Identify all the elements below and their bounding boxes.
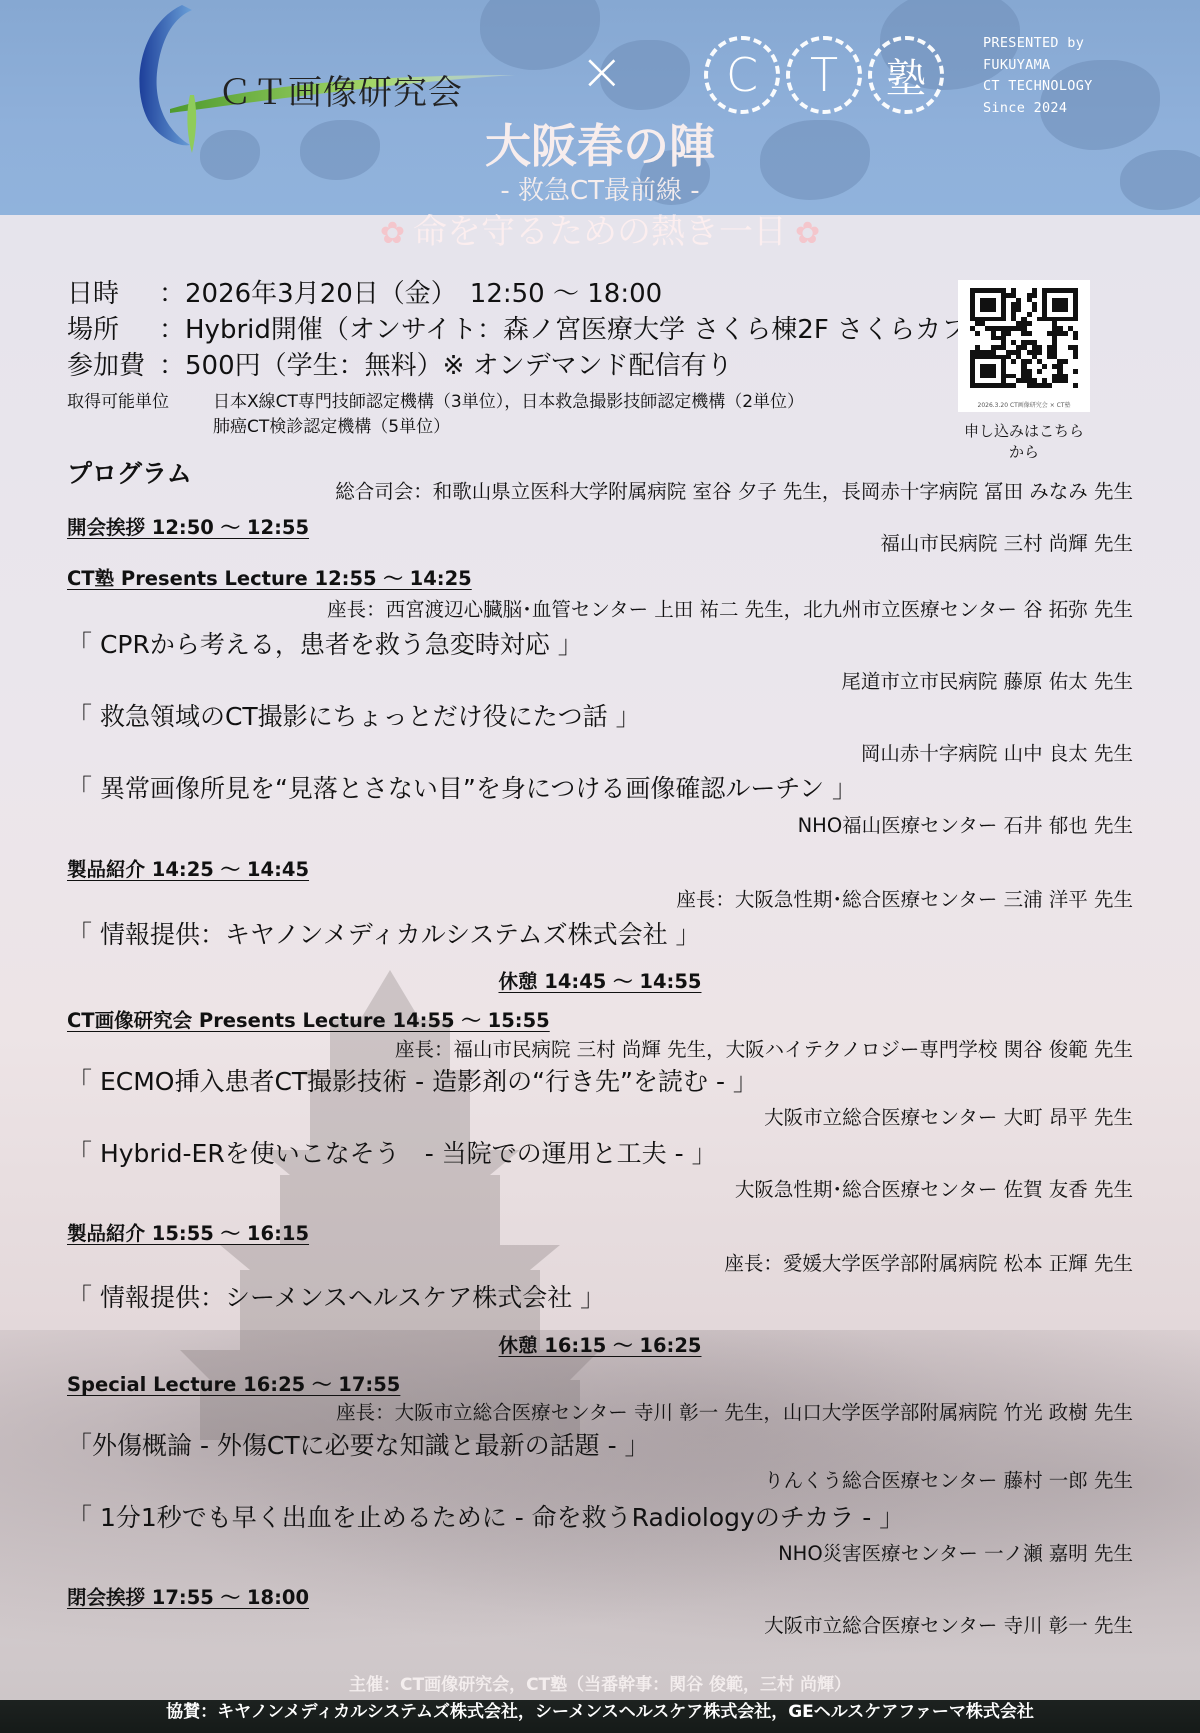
host-organizers: 主催：CT画像研究会，CT塾（当番幹事：関谷 俊範，三村 尚輝） [0, 1670, 1200, 1695]
presented-line: FUKUYAMA [983, 55, 1093, 77]
speaker: NHO災害医療センター 一ノ瀬 嘉明 先生 [67, 1538, 1133, 1566]
speaker: NHO福山医療センター 石井 郁也 先生 [67, 810, 1133, 838]
credits-label: 取得可能単位 [67, 390, 213, 415]
speaker: 大阪市立総合医療センター 寺川 彰一 先生 [67, 1610, 1133, 1638]
collaboration-times-symbol: × [580, 42, 624, 102]
event-title: 大阪春の陣 [0, 110, 1200, 176]
session-heading-break-1: 休憩 14:45 ～ 14:55 [67, 966, 1133, 994]
place-label: 場所 [67, 312, 159, 348]
qr-code-pattern [970, 288, 1078, 388]
talk-title: 「 ECMO挿入患者CT撮影技術 - 造影剤の“行き先”を読む - 」 [67, 1062, 1133, 1098]
registration-qr-code[interactable]: 2026.3.20 CT画像研究会 × CT塾 [958, 280, 1090, 412]
talk-title: 「 1分1秒でも早く出血を止めるために - 命を救うRadiologyのチカラ … [67, 1498, 1133, 1534]
sponsors: 協賛：キヤノンメディカルシステムズ株式会社，シーメンスヘルスケア株式会社，GEヘ… [0, 1697, 1200, 1722]
talk-title: 「 救急領域のCT撮影にちょっとだけ役にたつ話 」 [67, 697, 1133, 733]
session-heading-ctjuku: CT塾 Presents Lecture 12:55 ～ 14:25 [67, 563, 1133, 591]
ct-imaging-society-name: ＣＴ画像研究会 [218, 65, 463, 114]
credits-line: 日本X線CT専門技師認定機構（3単位），日本救急撮影技師認定機構（2単位） [213, 392, 804, 412]
ct-juku-logo-t: T [786, 36, 862, 114]
speaker: 大阪急性期･総合医療センター 佐賀 友香 先生 [67, 1174, 1133, 1202]
presented-line: PRESENTED by [983, 33, 1093, 55]
presented-by-text: PRESENTED by FUKUYAMA CT TECHNOLOGY Sinc… [983, 33, 1093, 119]
session-heading-product-1: 製品紹介 14:25 ～ 14:45 [67, 854, 1133, 882]
chair: 座長：福山市民病院 三村 尚輝 先生，大阪ハイテクノロジー専門学校 関谷 俊範 … [67, 1034, 1133, 1062]
sakura-flower-icon: ✿ [795, 216, 820, 251]
talk-title: 「 CPRから考える，患者を救う急変時対応 」 [67, 625, 1133, 661]
chair: 座長：西宮渡辺心臓脳･血管センター 上田 祐二 先生，北九州市立医療センター 谷… [67, 594, 1133, 622]
place-value: ：Hybrid開催（オンサイト：森ノ宮医療大学 さくら棟2F さくらカフェ） [159, 315, 1018, 345]
sakura-flower-icon: ✿ [380, 216, 405, 251]
chair: 座長：大阪市立総合医療センター 寺川 彰一 先生，山口大学医学部附属病院 竹光 … [67, 1397, 1133, 1425]
tagline-text: 命を守るための熱き一日 [413, 212, 787, 252]
session-heading-product-2: 製品紹介 15:55 ～ 16:15 [67, 1218, 1133, 1246]
fee-label: 参加費 [67, 348, 159, 384]
fee-row: 参加費：500円（学生：無料）※ オンデマンド配信有り [67, 348, 1018, 384]
session-heading-special: Special Lecture 16:25 ～ 17:55 [67, 1369, 1133, 1397]
event-tagline: ✿命を守るための熱き一日✿ [0, 204, 1200, 253]
chair: 座長：愛媛大学医学部附属病院 松本 正輝 先生 [67, 1248, 1133, 1276]
datetime-row: 日時：2026年3月20日（金） 12:50 ～ 18:00 [67, 276, 1018, 312]
ct-juku-logo-juku: 塾 [868, 36, 944, 114]
qr-label: 申し込みはこちらから [958, 420, 1090, 462]
ct-juku-logo: C T 塾 [704, 36, 944, 116]
talk-title: 「 Hybrid-ERを使いこなそう - 当院での運用と工夫 - 」 [67, 1134, 1133, 1170]
qr-caption: 2026.3.20 CT画像研究会 × CT塾 [958, 400, 1090, 409]
session-heading-closing: 閉会挨拶 17:55 ～ 18:00 [67, 1582, 1133, 1610]
talk-title: 「 異常画像所見を“見落とさない目”を身につける画像確認ルーチン 」 [67, 769, 1133, 805]
presented-line: CT TECHNOLOGY [983, 76, 1093, 98]
speaker: 大阪市立総合医療センター 大町 昂平 先生 [67, 1102, 1133, 1130]
chair: 座長：大阪急性期･総合医療センター 三浦 洋平 先生 [67, 884, 1133, 912]
talk-title: 「 情報提供：シーメンスヘルスケア株式会社 」 [67, 1278, 1133, 1314]
event-info: 日時：2026年3月20日（金） 12:50 ～ 18:00 場所：Hybrid… [67, 276, 1018, 384]
mc-text: 総合司会：和歌山県立医科大学附属病院 室谷 夕子 先生，長岡赤十字病院 冨田 み… [67, 476, 1133, 504]
credits-line: 肺癌CT検診認定機構（5単位） [67, 415, 804, 440]
speaker: 福山市民病院 三村 尚輝 先生 [67, 528, 1133, 556]
session-heading-ctri: CT画像研究会 Presents Lecture 14:55 ～ 15:55 [67, 1005, 1133, 1033]
place-row: 場所：Hybrid開催（オンサイト：森ノ宮医療大学 さくら棟2F さくらカフェ） [67, 312, 1018, 348]
datetime-value: ：2026年3月20日（金） 12:50 ～ 18:00 [159, 279, 662, 309]
session-heading-break-2: 休憩 16:15 ～ 16:25 [67, 1330, 1133, 1358]
speaker: 岡山赤十字病院 山中 良太 先生 [67, 738, 1133, 766]
fee-value: ：500円（学生：無料）※ オンデマンド配信有り [159, 351, 733, 381]
event-subtitle: - 救急CT最前線 - [0, 170, 1200, 207]
ct-juku-logo-c: C [704, 36, 780, 114]
speaker: りんくう総合医療センター 藤村 一郎 先生 [67, 1465, 1133, 1493]
talk-title: 「 情報提供：キヤノンメディカルシステムズ株式会社 」 [67, 915, 1133, 951]
datetime-label: 日時 [67, 276, 159, 312]
talk-title: 「外傷概論 - 外傷CTに必要な知識と最新の話題 - 」 [67, 1426, 1133, 1462]
speaker: 尾道市立市民病院 藤原 佑太 先生 [67, 666, 1133, 694]
credits-info: 取得可能単位日本X線CT専門技師認定機構（3単位），日本救急撮影技師認定機構（2… [67, 390, 804, 440]
